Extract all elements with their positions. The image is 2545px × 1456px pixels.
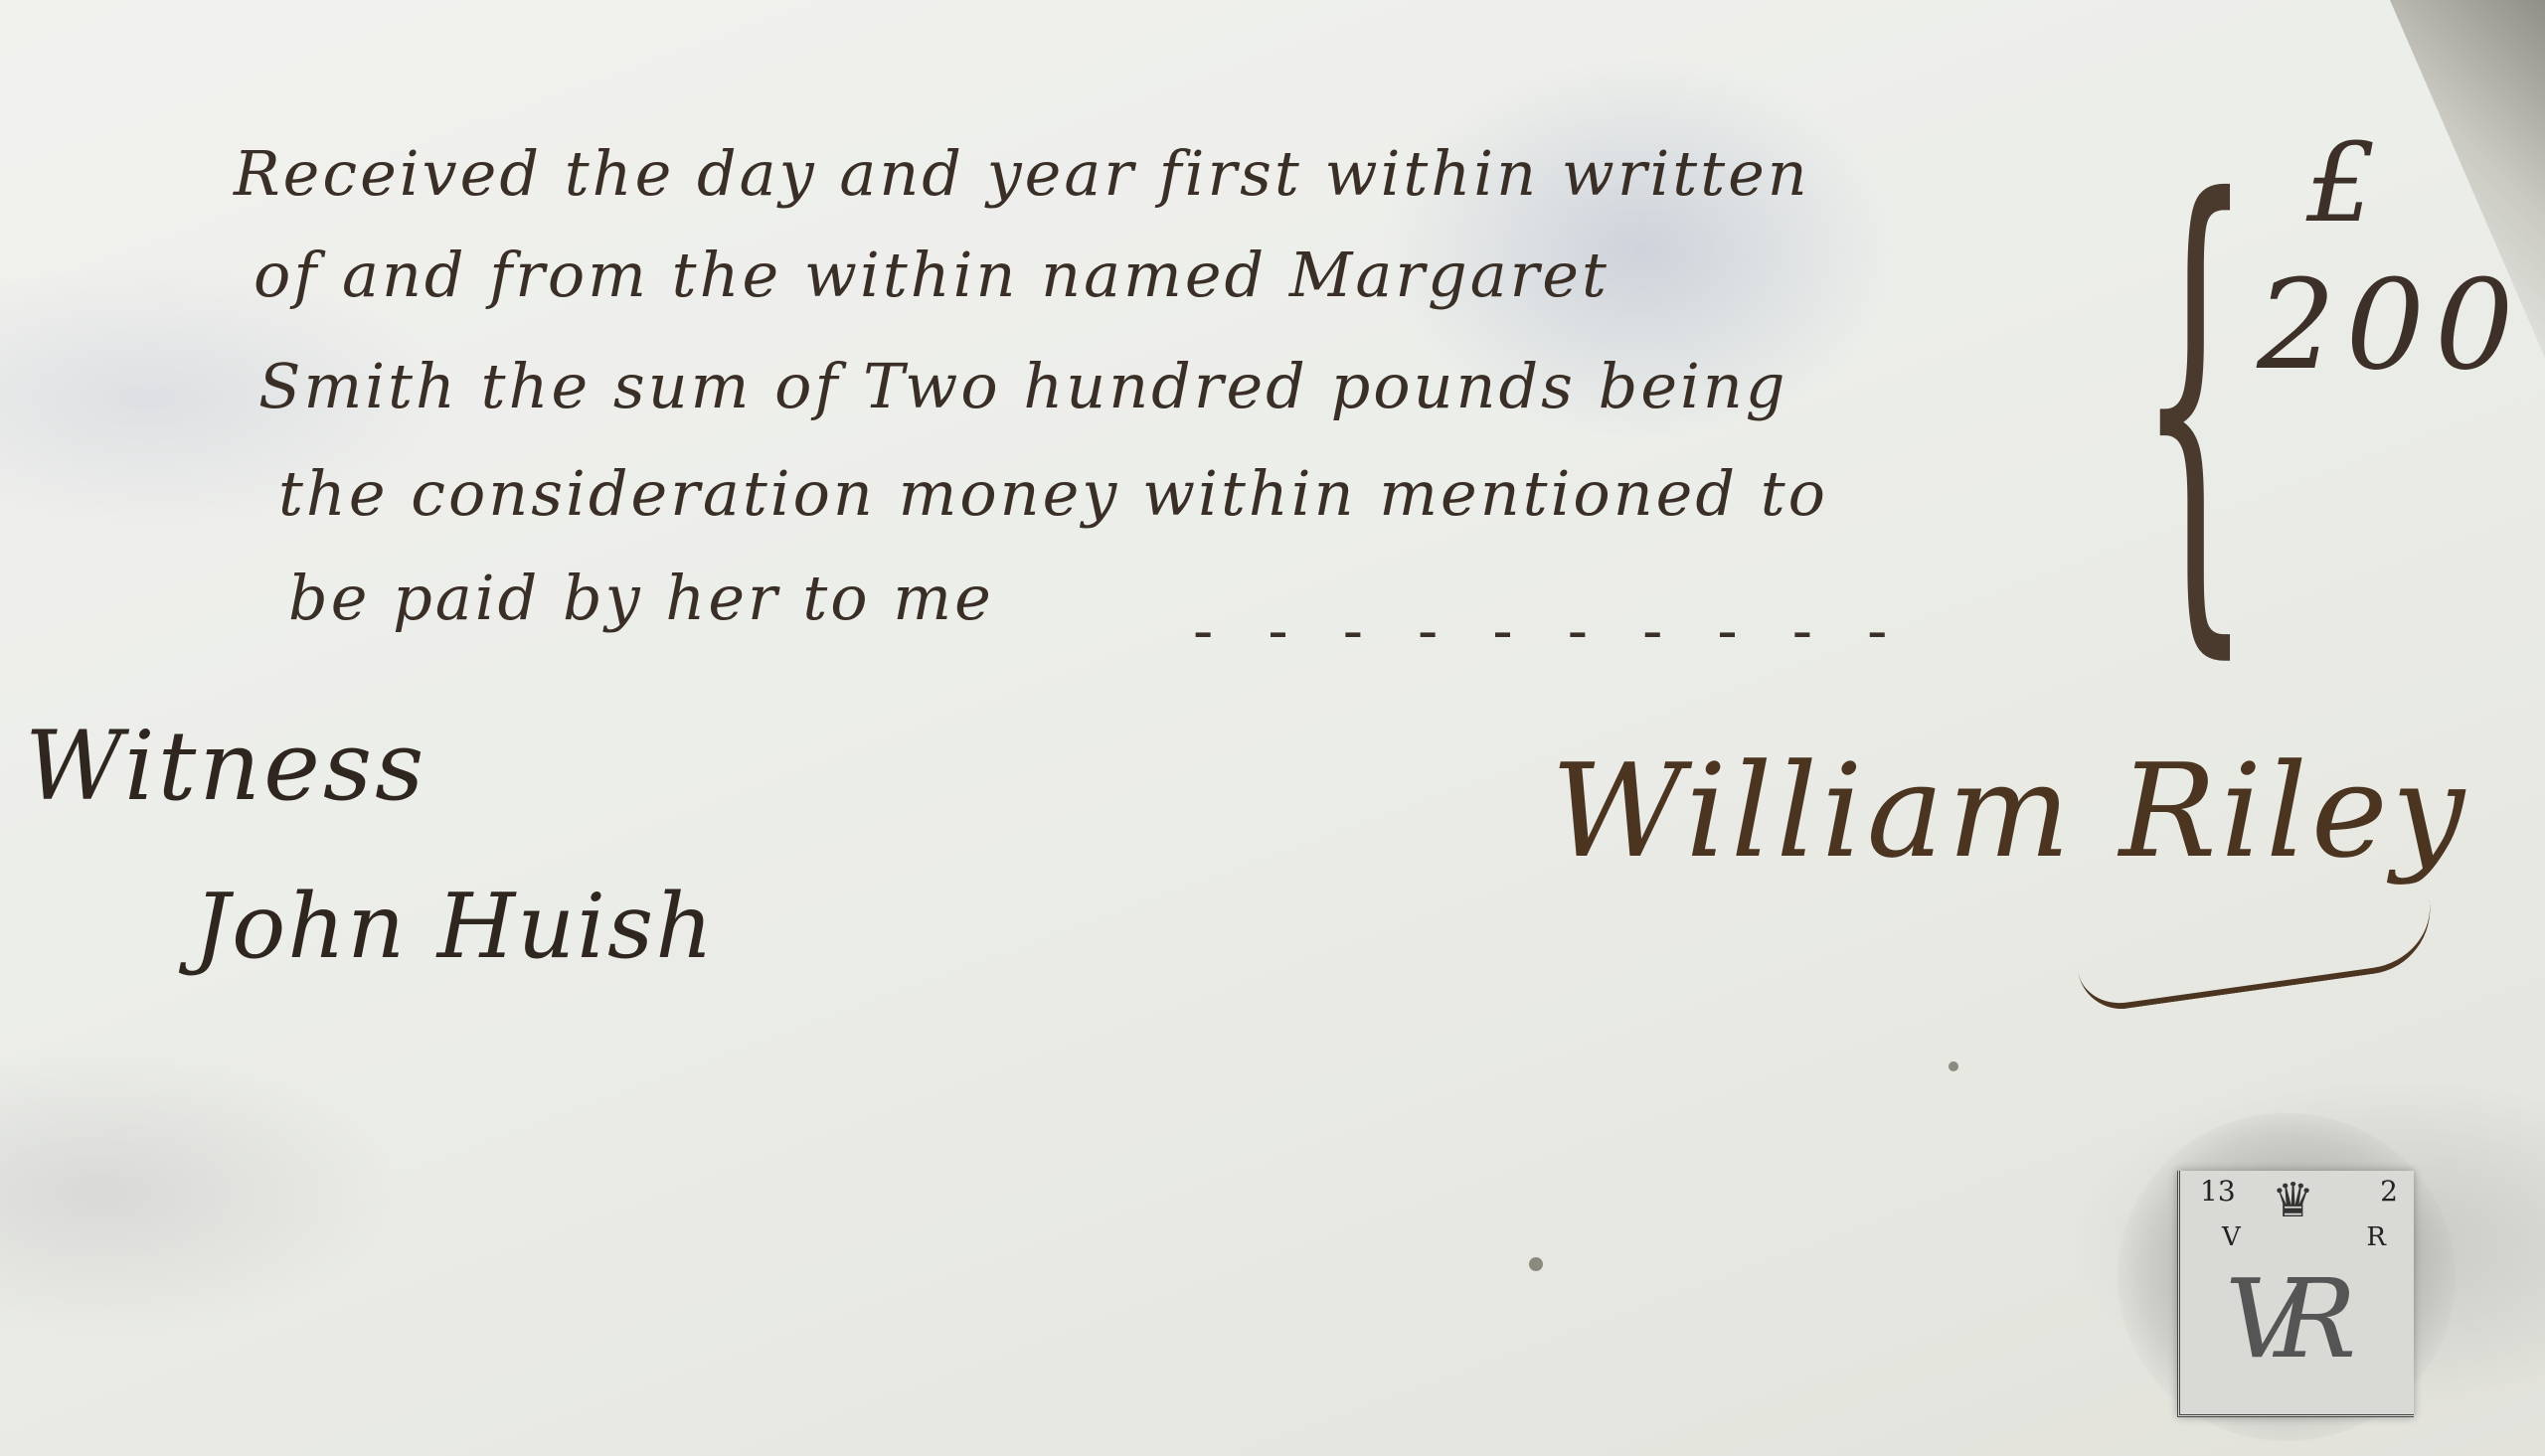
stain-spot (1529, 1257, 1543, 1271)
receipt-line-4: the consideration money within mentioned… (278, 457, 1828, 530)
stamp-number-left: 13 (2200, 1175, 2236, 1208)
stamp-number-right: 2 (2380, 1175, 2398, 1208)
royal-cipher-icon: VR (2225, 1255, 2326, 1382)
curly-brace: { (2137, 139, 2253, 656)
amount-value: 200 (2257, 253, 2524, 398)
crown-icon: ♛ (2272, 1173, 2314, 1228)
witness-signature: John Huish (194, 875, 715, 979)
stamp-letter-r: R (2366, 1222, 2386, 1252)
signature-flourish (2075, 899, 2439, 1014)
trailing-dashes: - - - - - - - - - - (1193, 596, 1905, 666)
receipt-line-1: Received the day and year first within w… (234, 137, 1810, 210)
pound-symbol: £ (2306, 119, 2379, 246)
receipt-line-5: be paid by her to me (288, 562, 994, 634)
signatory-signature: William Riley (1551, 735, 2468, 887)
ink-spot (1949, 1061, 1958, 1071)
receipt-line-2: of and from the within named Margaret (254, 239, 1610, 311)
revenue-stamp: 13 ♛ 2 V R VR (2177, 1171, 2414, 1417)
receipt-line-3: Smith the sum of Two hundred pounds bein… (258, 350, 1788, 422)
stamp-letter-v: V (2222, 1222, 2241, 1252)
witness-label: Witness (25, 711, 426, 822)
